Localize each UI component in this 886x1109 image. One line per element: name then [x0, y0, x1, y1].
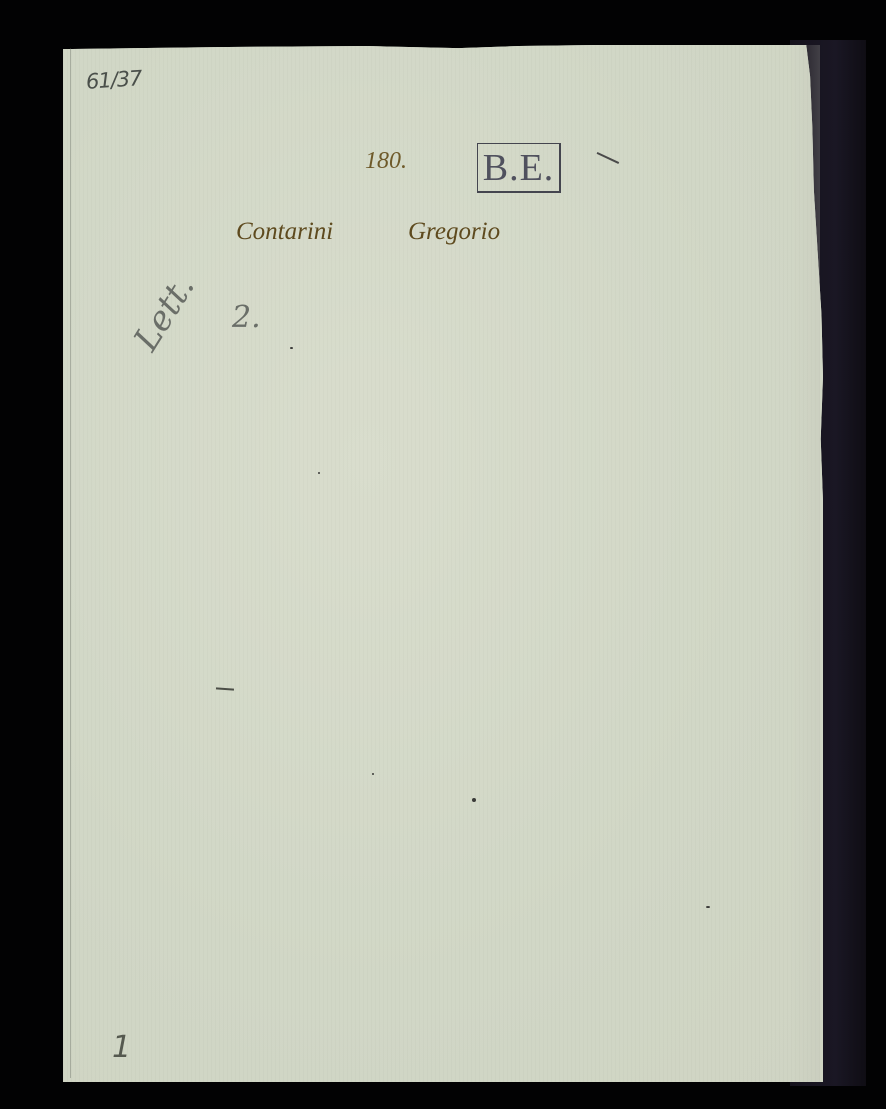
shelfmark-annotation: 61/37 [85, 66, 142, 94]
correspondent-given-name: Gregorio [408, 218, 500, 246]
paper-speck [318, 472, 320, 474]
library-stamp: B.E. [477, 143, 561, 193]
folio-number: 1 [112, 1030, 131, 1065]
paper-speck [472, 798, 476, 802]
paper-speck [372, 773, 374, 775]
item-number: 180. [365, 148, 407, 175]
paper-speck [706, 906, 710, 908]
paper-sheet [63, 45, 823, 1082]
paper-speck [290, 347, 293, 349]
left-margin-line [70, 48, 71, 1078]
pencil-letter-count: 2. [232, 300, 261, 335]
stamp-text: B.E. [483, 149, 555, 187]
correspondent-surname: Contarini [236, 218, 333, 246]
